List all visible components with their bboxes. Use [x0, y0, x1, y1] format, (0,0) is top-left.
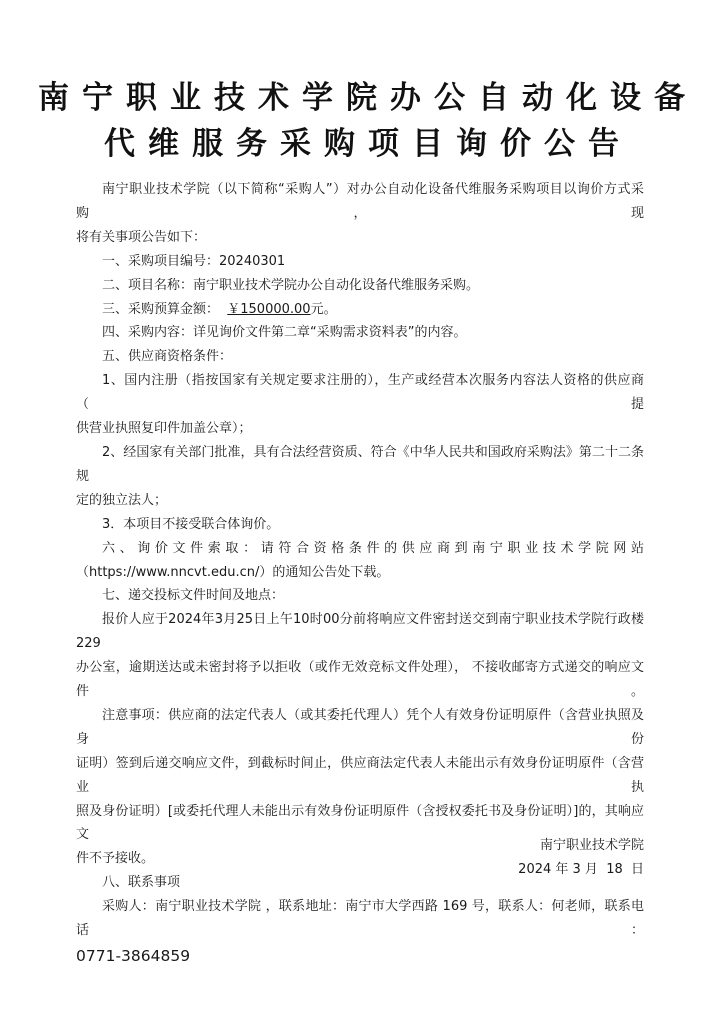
submission-para-1-line-1: 报价人应于2024年3月25日上午10时00分前将响应文件密封送交到南宁职业技术… — [76, 608, 644, 656]
signature-date: 2024 年 3 月 18 日 — [518, 858, 644, 877]
item-qualifications: 五、供应商资格条件： — [76, 345, 644, 369]
title-line-1: 南宁职业技术学院办公自动化设备 — [0, 72, 720, 117]
item-document-access-line-1: 六、询价文件索取：请符合资格条件的供应商到南宁职业技术学院网站 — [76, 537, 644, 561]
contact-phone: 0771-3864859 — [76, 943, 644, 969]
intro-line-2: 将有关事项公告如下： — [76, 226, 644, 250]
budget-amount: ￥150000.00 — [227, 302, 310, 317]
signature-organization: 南宁职业技术学院 — [540, 834, 644, 853]
title-line-2: 代维服务采购项目询价公告 — [0, 118, 720, 163]
item-budget: 三、采购预算金额： ￥150000.00元。 — [76, 298, 644, 322]
item-content: 四、采购内容：详见询价文件第二章“采购需求资料表”的内容。 — [76, 321, 644, 345]
item-project-number: 一、采购项目编号：20240301 — [76, 250, 644, 274]
qualification-1-line-2: 供营业执照复印件加盖公章）； — [76, 417, 644, 441]
budget-unit: 元。 — [311, 302, 337, 317]
qualification-3: 3．本项目不接受联合体询价。 — [76, 513, 644, 537]
qualification-1-line-1: 1、国内注册（指按国家有关规定要求注册的），生产或经营本次服务内容法人资格的供应… — [76, 369, 644, 417]
budget-label: 三、采购预算金额： — [102, 302, 227, 317]
item-submission: 七、递交投标文件时间及地点： — [76, 584, 644, 608]
intro-line-1: 南宁职业技术学院（以下简称“采购人”）对办公自动化设备代维服务采购项目以询价方式… — [76, 178, 644, 226]
submission-notice-line-2: 证明）签到后递交响应文件，到截标时间止，供应商法定代表人未能出示有效身份证明原件… — [76, 752, 644, 800]
contact-info: 采购人：南宁职业技术学院 ，联系地址：南宁市大学西路 169 号，联系人：何老师… — [76, 895, 644, 943]
submission-notice-line-1: 注意事项：供应商的法定代表人（或其委托代理人）凭个人有效身份证明原件（含营业执照… — [76, 704, 644, 752]
qualification-2-line-1: 2、经国家有关部门批准，具有合法经营资质、符合《中华人民共和国政府采购法》第二十… — [76, 441, 644, 489]
item-project-name: 二、项目名称：南宁职业技术学院办公自动化设备代维服务采购。 — [76, 274, 644, 298]
submission-para-1-line-2: 办公室，逾期送达或未密封将予以拒收（或作无效竞标文件处理）， 不接收邮寄方式递交… — [76, 656, 644, 704]
qualification-2-line-2: 定的独立法人； — [76, 489, 644, 513]
item-document-access-line-2[interactable]: （https://www.nncvt.edu.cn/）的通知公告处下载。 — [76, 561, 644, 585]
